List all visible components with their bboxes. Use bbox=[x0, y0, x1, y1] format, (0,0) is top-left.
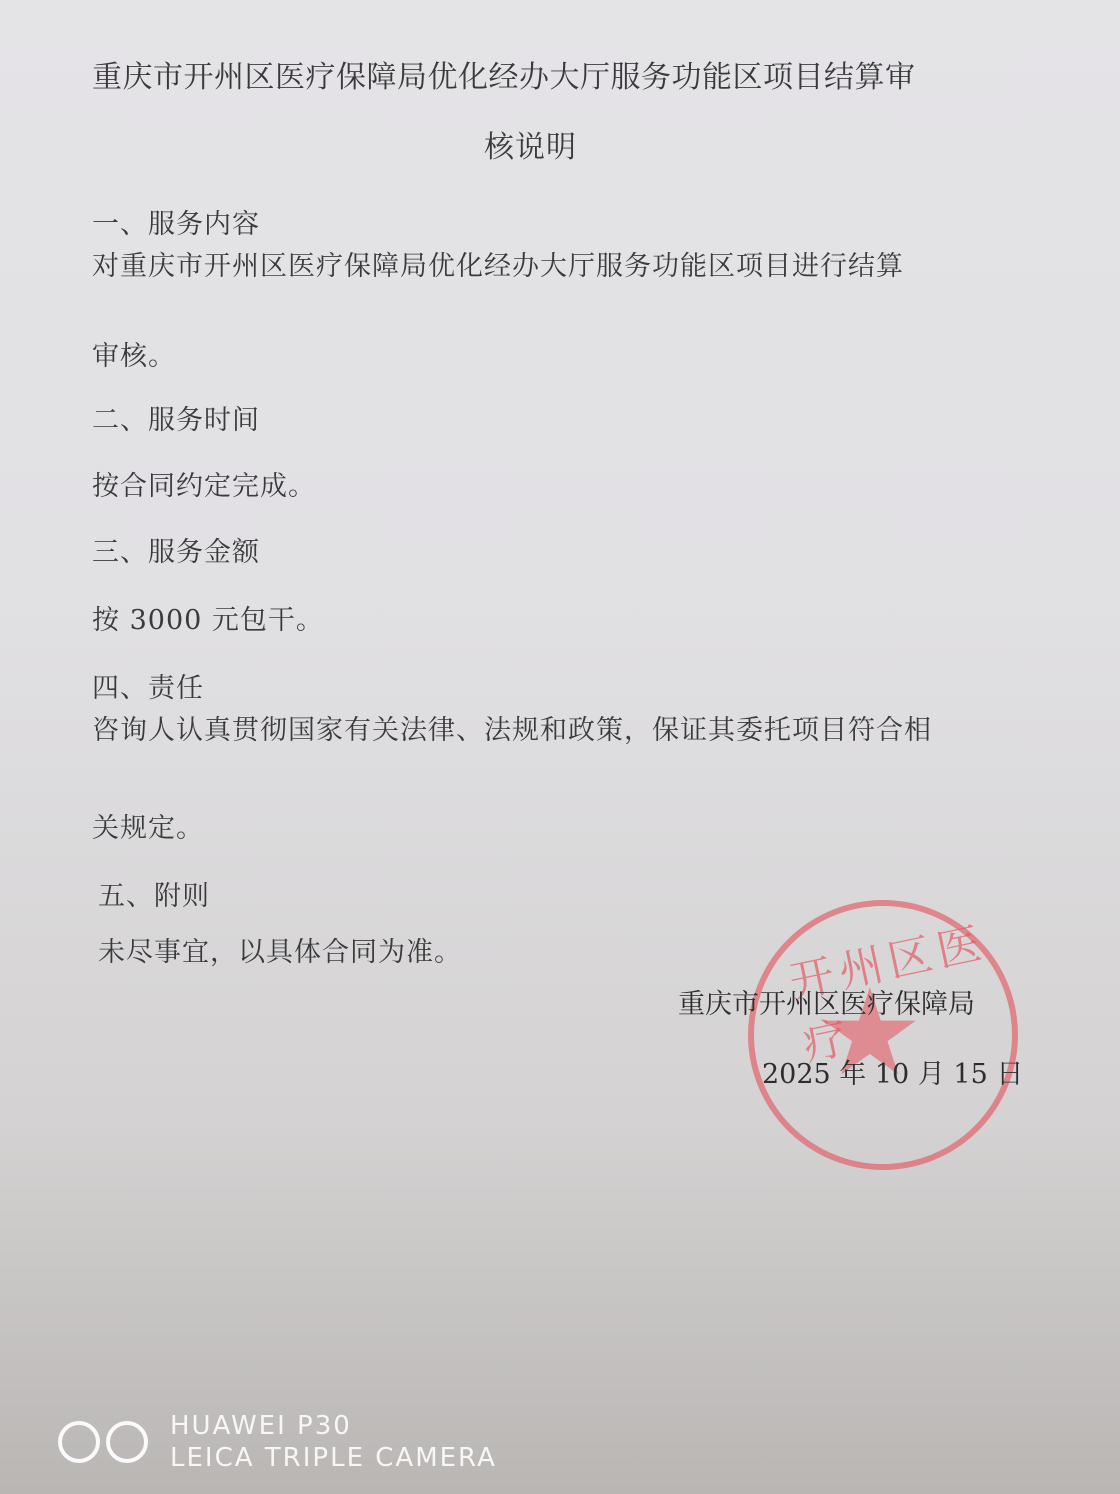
section-4-heading: 四、责任 bbox=[92, 666, 204, 705]
camera-lens-icon bbox=[58, 1421, 148, 1463]
watermark-line-1: HUAWEI P30 bbox=[170, 1410, 497, 1442]
section-5-heading: 五、附则 bbox=[98, 874, 210, 913]
section-1-body-1: 对重庆市开州区医疗保障局优化经办大厅服务功能区项目进行结算 bbox=[92, 244, 904, 283]
section-3-heading: 三、服务金额 bbox=[92, 530, 260, 569]
section-4-body-1: 咨询人认真贯彻国家有关法律、法规和政策，保证其委托项目符合相 bbox=[92, 708, 932, 747]
section-4-body-2: 关规定。 bbox=[92, 806, 204, 845]
section-1-body-2: 审核。 bbox=[92, 334, 176, 373]
watermark-line-2: LEICA TRIPLE CAMERA bbox=[170, 1442, 497, 1474]
section-5-body: 未尽事宜，以具体合同为准。 bbox=[98, 930, 462, 969]
signature-date: 2025 年 10 月 15 日 bbox=[762, 1052, 1023, 1091]
section-3-body: 按 3000 元包干。 bbox=[92, 598, 324, 637]
section-2-body: 按合同约定完成。 bbox=[92, 464, 316, 503]
signature-organization: 重庆市开州区医疗保障局 bbox=[678, 982, 975, 1021]
document-title-line-1: 重庆市开州区医疗保障局优化经办大厅服务功能区项目结算审 bbox=[92, 52, 916, 96]
document-title-line-2: 核说明 bbox=[484, 122, 577, 166]
camera-watermark: HUAWEI P30 LEICA TRIPLE CAMERA bbox=[58, 1410, 497, 1474]
section-1-heading: 一、服务内容 bbox=[92, 202, 260, 241]
official-seal-stamp: 开州区医疗 ★ bbox=[748, 900, 1018, 1170]
section-2-heading: 二、服务时间 bbox=[92, 398, 260, 437]
document-page: 重庆市开州区医疗保障局优化经办大厅服务功能区项目结算审 核说明 一、服务内容 对… bbox=[0, 0, 1120, 1494]
